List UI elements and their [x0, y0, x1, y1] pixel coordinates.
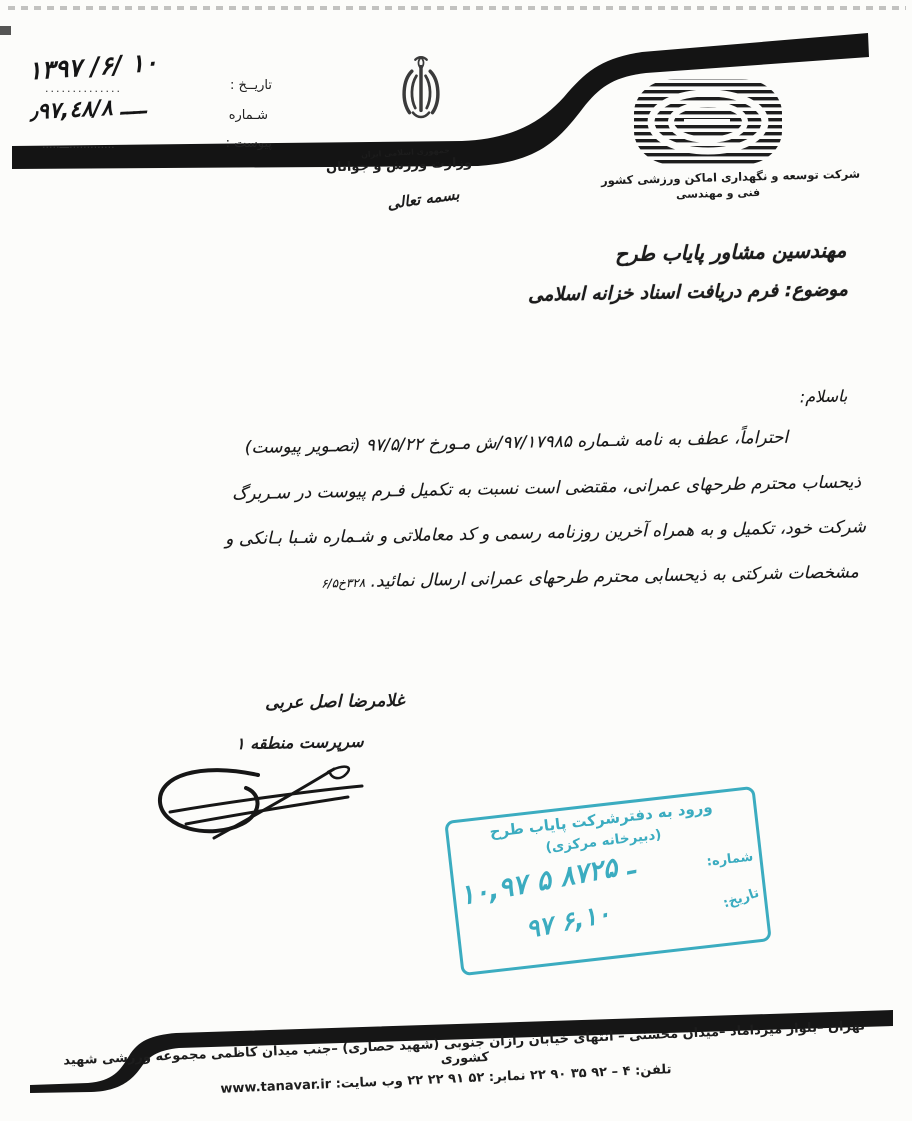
recipient-title: مهندسین مشاور پایاب طرح [614, 238, 846, 266]
signer-name: غلامرضا اصل عربی [264, 691, 404, 713]
stamp-date-label: تاریخ: [722, 886, 762, 912]
letter-body: باسلام: احتراماً، عطف به نامه شـماره ۹۷/… [0, 379, 912, 696]
scanned-letter-page: تاریــخ : .............. ۱۳۹۷ /۶/ ۱۰ شـم… [0, 0, 912, 1121]
body-line-4-text: مشخصات شرکتی به ذیحسابی محترم طرحهای عمر… [370, 562, 859, 591]
salutation-text: باسلام: [800, 386, 848, 406]
attachment-field-label: پیوست : [226, 136, 272, 151]
body-line-2: ذیحساب محترم طرحهای عمرانی، مقتضی است نس… [232, 472, 861, 504]
body-line-1: احتراماً، عطف به نامه شـماره ۹۷/۱۷۹۸۵/ش … [245, 428, 789, 458]
date-field-label: تاریــخ : [230, 78, 272, 93]
body-line-3: شرکت خود، تکمیل و به همراه آخرین روزنامه… [225, 517, 866, 549]
stamp-number-label: شماره: [706, 849, 754, 869]
body-line-4: مشخصات شرکتی به ذیحسابی محترم طرحهای عمر… [321, 562, 859, 592]
body-archive-note: ۳۲۸خ۶/۵ [321, 576, 365, 591]
attachment-field-dots: .....ـــ............. [42, 138, 115, 151]
number-field-label: شـماره [229, 108, 268, 123]
iran-emblem-icon [398, 55, 444, 145]
date-field-dots: .............. [45, 82, 122, 95]
stamp-date-value: ۹۷ ۶,۱۰ [523, 899, 612, 944]
signature-icon [140, 750, 390, 850]
company-division-text: فنی و مهندسی [676, 186, 760, 201]
company-logo-icon [628, 76, 788, 168]
